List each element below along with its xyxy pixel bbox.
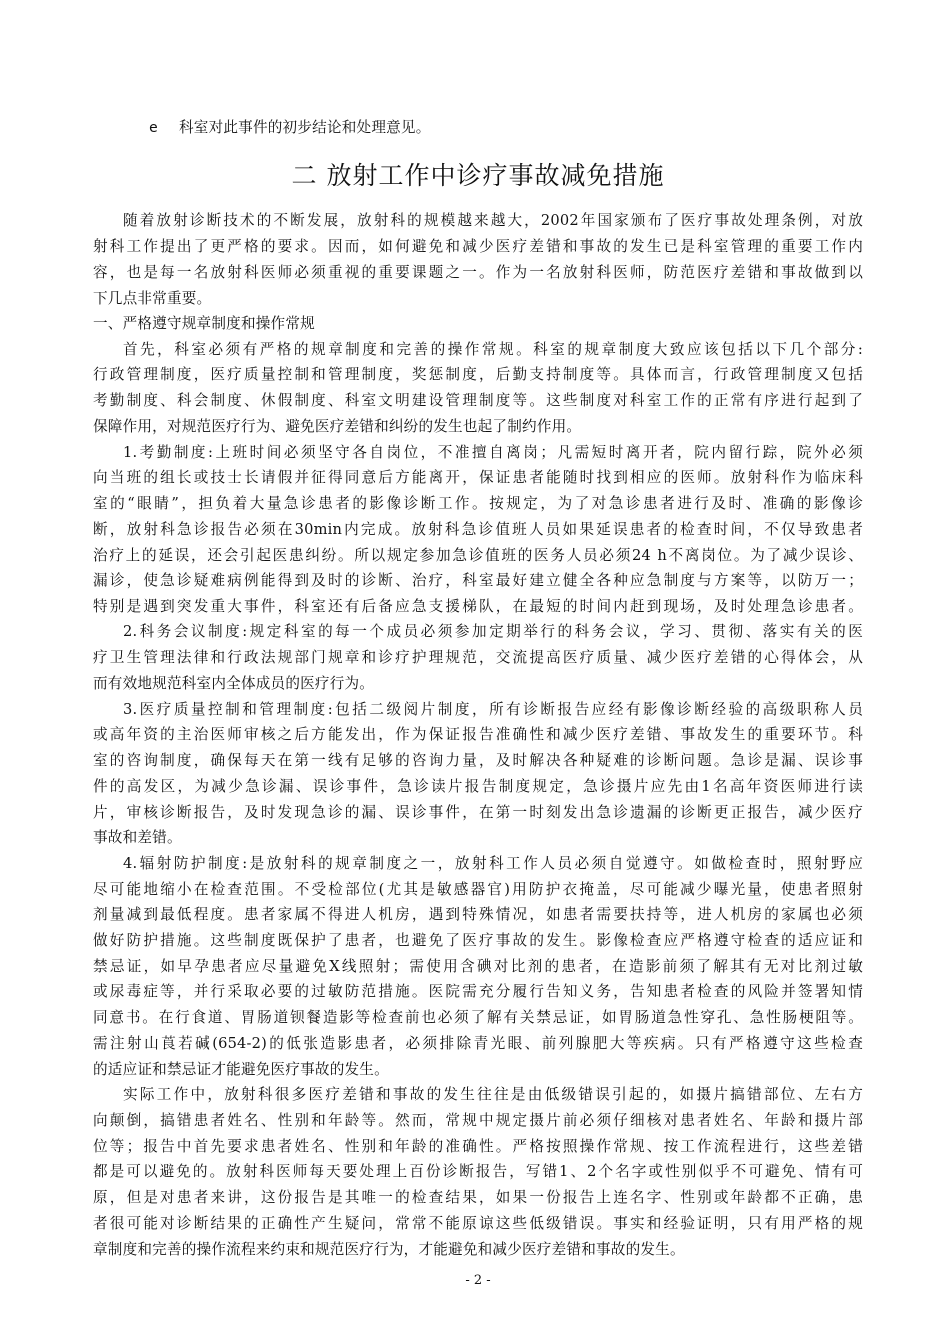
- rules-line: 考勤制度、科会制度、休假制度、科室文明建设管理制度等。这些制度对科室工作的正常有…: [93, 391, 863, 411]
- item4-line: 的适应证和禁忌证才能避免医疗事故的发生。: [93, 1060, 389, 1080]
- item2-line: 而有效地规范科室内全体成员的医疗行为。: [93, 674, 374, 694]
- list-item-text: 科室对此事件的初步结论和处理意见。: [179, 119, 431, 136]
- item1-line: 向当班的组长或技士长请假并征得同意后方能离开，保证患者能随时找到相应的医师。放射…: [93, 468, 863, 488]
- item4-line: 剂量减到最低程度。患者家属不得进人机房，遇到特殊情况，如患者需要扶持等，进人机房…: [93, 905, 863, 925]
- rules-line: 首先，科室必须有严格的规章制度和完善的操作常规。科室的规章制度大致应该包括以下几…: [123, 340, 863, 360]
- item3-line: 事故和差错。: [93, 828, 182, 848]
- subsection-heading: 一、严格遵守规章制度和操作常规: [93, 314, 315, 334]
- item1-line: 断，放射科急诊报告必须在30min内完成。放射科急诊值班人员如果延误患者的检查时…: [93, 520, 863, 540]
- closing-line: 者很可能对诊断结果的正确性产生疑问，常常不能原谅这些低级错误。事实和经验证明，只…: [93, 1214, 863, 1234]
- closing-line: 原，但是对患者来讲，这份报告是其唯一的检查结果，如果一份报告上连名字、性别或年龄…: [93, 1188, 863, 1208]
- closing-line: 实际工作中，放射科很多医疗差错和事故的发生往往是由低级错误引起的，如摄片搞错部位…: [123, 1085, 863, 1105]
- item3-line: 件的高发区，为减少急诊漏、误诊事件，急诊读片报告制度规定，急诊摄片应先由1名高年…: [93, 777, 863, 797]
- list-marker: e: [149, 118, 179, 138]
- item4-line: 做好防护措施。这些制度既保护了患者，也避免了医疗事故的发生。影像检查应严格遵守检…: [93, 931, 863, 951]
- item2-line: 疗卫生管理法律和行政法规部门规章和诊疗护理规范，交流提高医疗质量、减少医疗差错的…: [93, 648, 863, 668]
- item1-line: 特别是遇到突发重大事件，科室还有后备应急支援梯队，在最短的时间内赶到现场，及时处…: [93, 597, 863, 617]
- page-number: - 2 -: [93, 1273, 863, 1288]
- closing-line: 章制度和完善的操作流程来约束和规范医疗行为，才能避免和减少医疗差错和事故的发生。: [93, 1240, 685, 1260]
- rules-line: 保障作用，对规范医疗行为、避免医疗差错和纠纷的发生也起了制约作用。: [93, 417, 581, 437]
- item1-line: 室的“眼睛”，担负着大量急诊患者的影像诊断工作。按规定，为了对急诊患者进行及时、…: [93, 494, 863, 514]
- section-title: 二 放射工作中诊疗事故减免措施: [93, 160, 863, 192]
- item3-line: 或高年资的主治医师审核之后方能发出，作为保证报告准确性和减少医疗差错、事故发生的…: [93, 725, 863, 745]
- intro-line: 下几点非常重要。: [93, 289, 211, 309]
- item4-line: 4.辐射防护制度:是放射科的规章制度之一，放射科工作人员必须自觉遵守。如做检查时…: [123, 854, 863, 874]
- item3-line: 室的咨询制度，确保每天在第一线有足够的咨询力量，及时解决各种疑难的诊断问题。急诊…: [93, 751, 863, 771]
- item3-line: 3.医疗质量控制和管理制度:包括二级阅片制度，所有诊断报告应经有影像诊断经验的高…: [123, 700, 863, 720]
- closing-line: 向颠倒，搞错患者姓名、性别和年龄等。然而，常规中规定摄片前必须仔细核对患者姓名、…: [93, 1111, 863, 1131]
- item4-line: 禁忌证，如早孕患者应尽量避免X线照射；需使用含碘对比剂的患者，在造影前须了解其有…: [93, 957, 863, 977]
- closing-line: 都是可以避免的。放射科医师每天要处理上百份诊断报告，写错1、2个名字或性别似乎不…: [93, 1162, 863, 1182]
- closing-line: 位等；报告中首先要求患者姓名、性别和年龄的准确性。严格按照操作常规、按工作流程进…: [93, 1137, 863, 1157]
- intro-line: 射科工作提出了更严格的要求。因而，如何避免和减少医疗差错和事故的发生已是科室管理…: [93, 237, 863, 257]
- item1-line: 治疗上的延误，还会引起医患纠纷。所以规定参加急诊值班的医务人员必须24 h不离岗…: [93, 546, 863, 566]
- item4-line: 需注射山莨若碱(654-2)的低张造影患者，必须排除青光眼、前列腺肥大等疾病。只…: [93, 1034, 863, 1054]
- item2-line: 2.科务会议制度:规定科室的每一个成员必须参加定期举行的科务会议，学习、贯彻、落…: [123, 622, 863, 642]
- item3-line: 片，审核诊断报告，及时发现急诊的漏、误诊事件，在第一时刻发出急诊遗漏的诊断更正报…: [93, 803, 863, 823]
- intro-line: 容，也是每一名放射科医师必须重视的重要课题之一。作为一名放射科医师，防范医疗差错…: [93, 263, 863, 283]
- item1-line: 漏诊，使急诊疑难病例能得到及时的诊断、治疗，科室最好建立健全各种应急制度与方案等…: [93, 571, 863, 591]
- intro-line: 随着放射诊断技术的不断发展，放射科的规模越来越大，2002年国家颁布了医疗事故处…: [123, 211, 863, 231]
- list-item-e: e科室对此事件的初步结论和处理意见。: [149, 118, 431, 138]
- item4-line: 或尿毒症等，并行采取必要的过敏防范措施。医院需充分履行告知义务，告知患者检查的风…: [93, 982, 863, 1002]
- item4-line: 尽可能地缩小在检查范围。不受检部位(尤其是敏感器官)用防护衣掩盖，尽可能减少曝光…: [93, 880, 863, 900]
- rules-line: 行政管理制度，医疗质量控制和管理制度，奖惩制度，后勤支持制度等。具体而言，行政管…: [93, 365, 863, 385]
- item1-line: 1.考勤制度:上班时间必须坚守各自岗位，不准擅自离岗；凡需短时离开者，院内留行踪…: [123, 443, 863, 463]
- item4-line: 同意书。在行食道、胃肠道钡餐造影等检查前也必须了解有关禁忌证，如胃肠道急性穿孔、…: [93, 1008, 863, 1028]
